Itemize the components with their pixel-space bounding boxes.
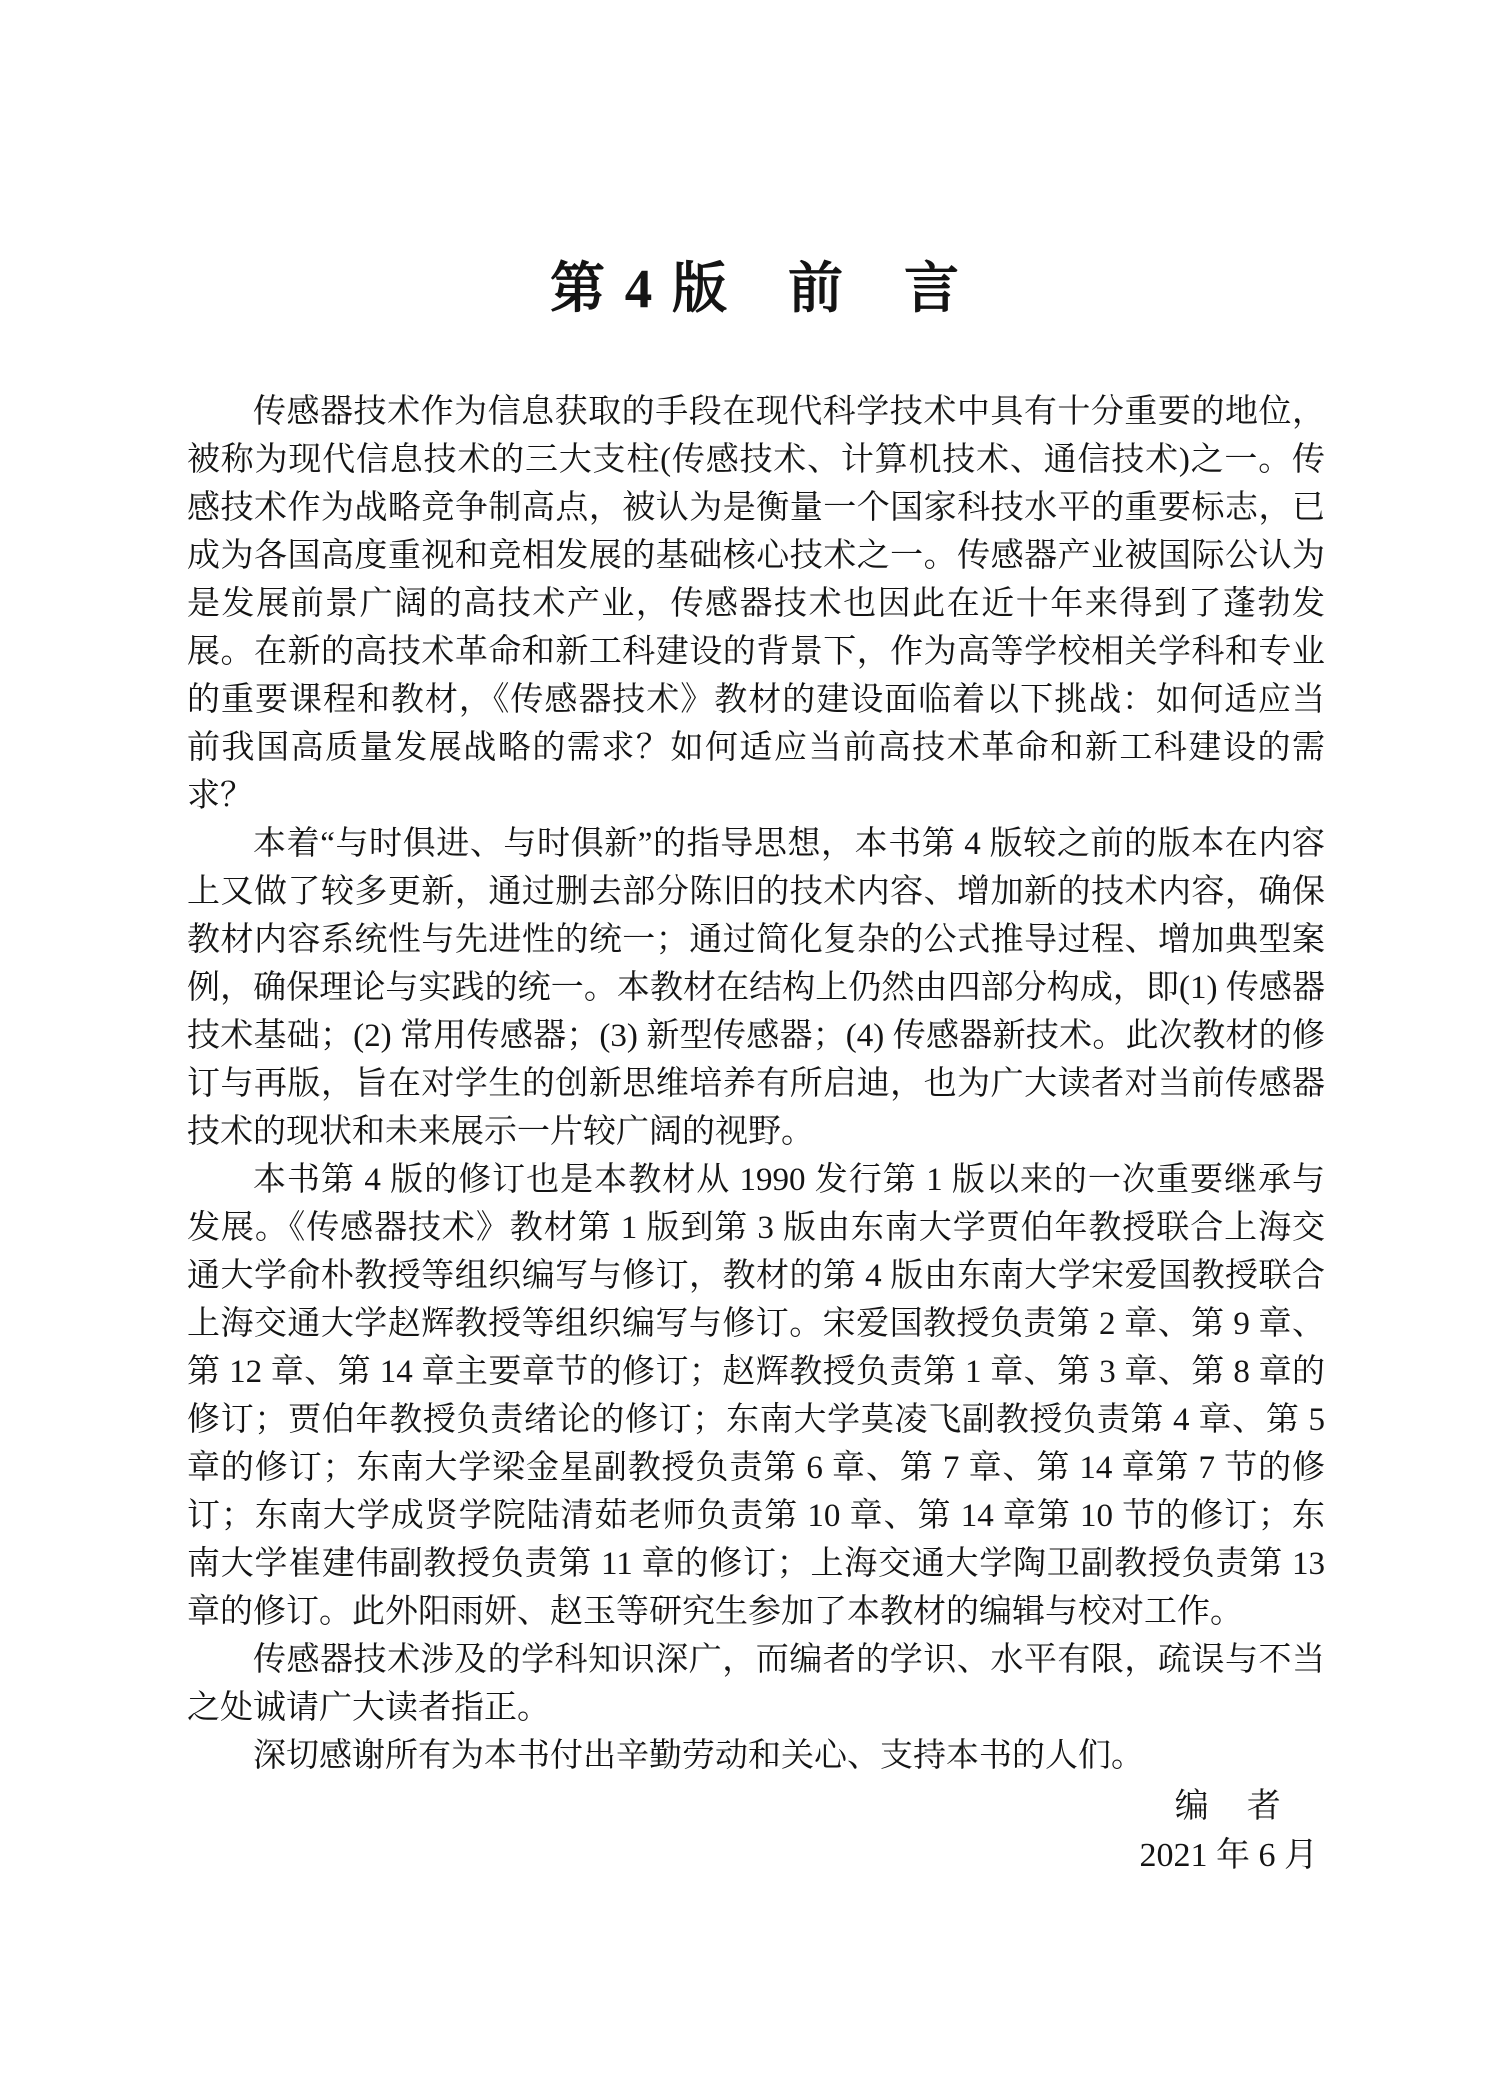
paragraph-2: 本着“与时俱进、与时俱新”的指导思想，本书第 4 版较之前的版本在内容上又做了较… [187, 820, 1325, 1156]
page-title: 第 4 版 前 言 [187, 244, 1325, 323]
paragraph-3: 本书第 4 版的修订也是本教材从 1990 发行第 1 版以来的一次重要继承与发… [187, 1156, 1325, 1636]
paragraph-1: 传感器技术作为信息获取的手段在现代科学技术中具有十分重要的地位，被称为现代信息技… [187, 388, 1325, 820]
signature-date: 2021 年 6 月 [1140, 1831, 1319, 1880]
preface-body: 传感器技术作为信息获取的手段在现代科学技术中具有十分重要的地位，被称为现代信息技… [187, 388, 1325, 1780]
signature-block: 编 者 2021 年 6 月 [1140, 1782, 1319, 1880]
signature-author: 编 者 [1140, 1782, 1319, 1831]
paragraph-4: 传感器技术涉及的学科知识深广，而编者的学识、水平有限，疏误与不当之处诚请广大读者… [187, 1636, 1325, 1732]
paragraph-5: 深切感谢所有为本书付出辛勤劳动和关心、支持本书的人们。 [187, 1732, 1325, 1780]
book-page: 第 4 版 前 言 传感器技术作为信息获取的手段在现代科学技术中具有十分重要的地… [0, 0, 1504, 2095]
